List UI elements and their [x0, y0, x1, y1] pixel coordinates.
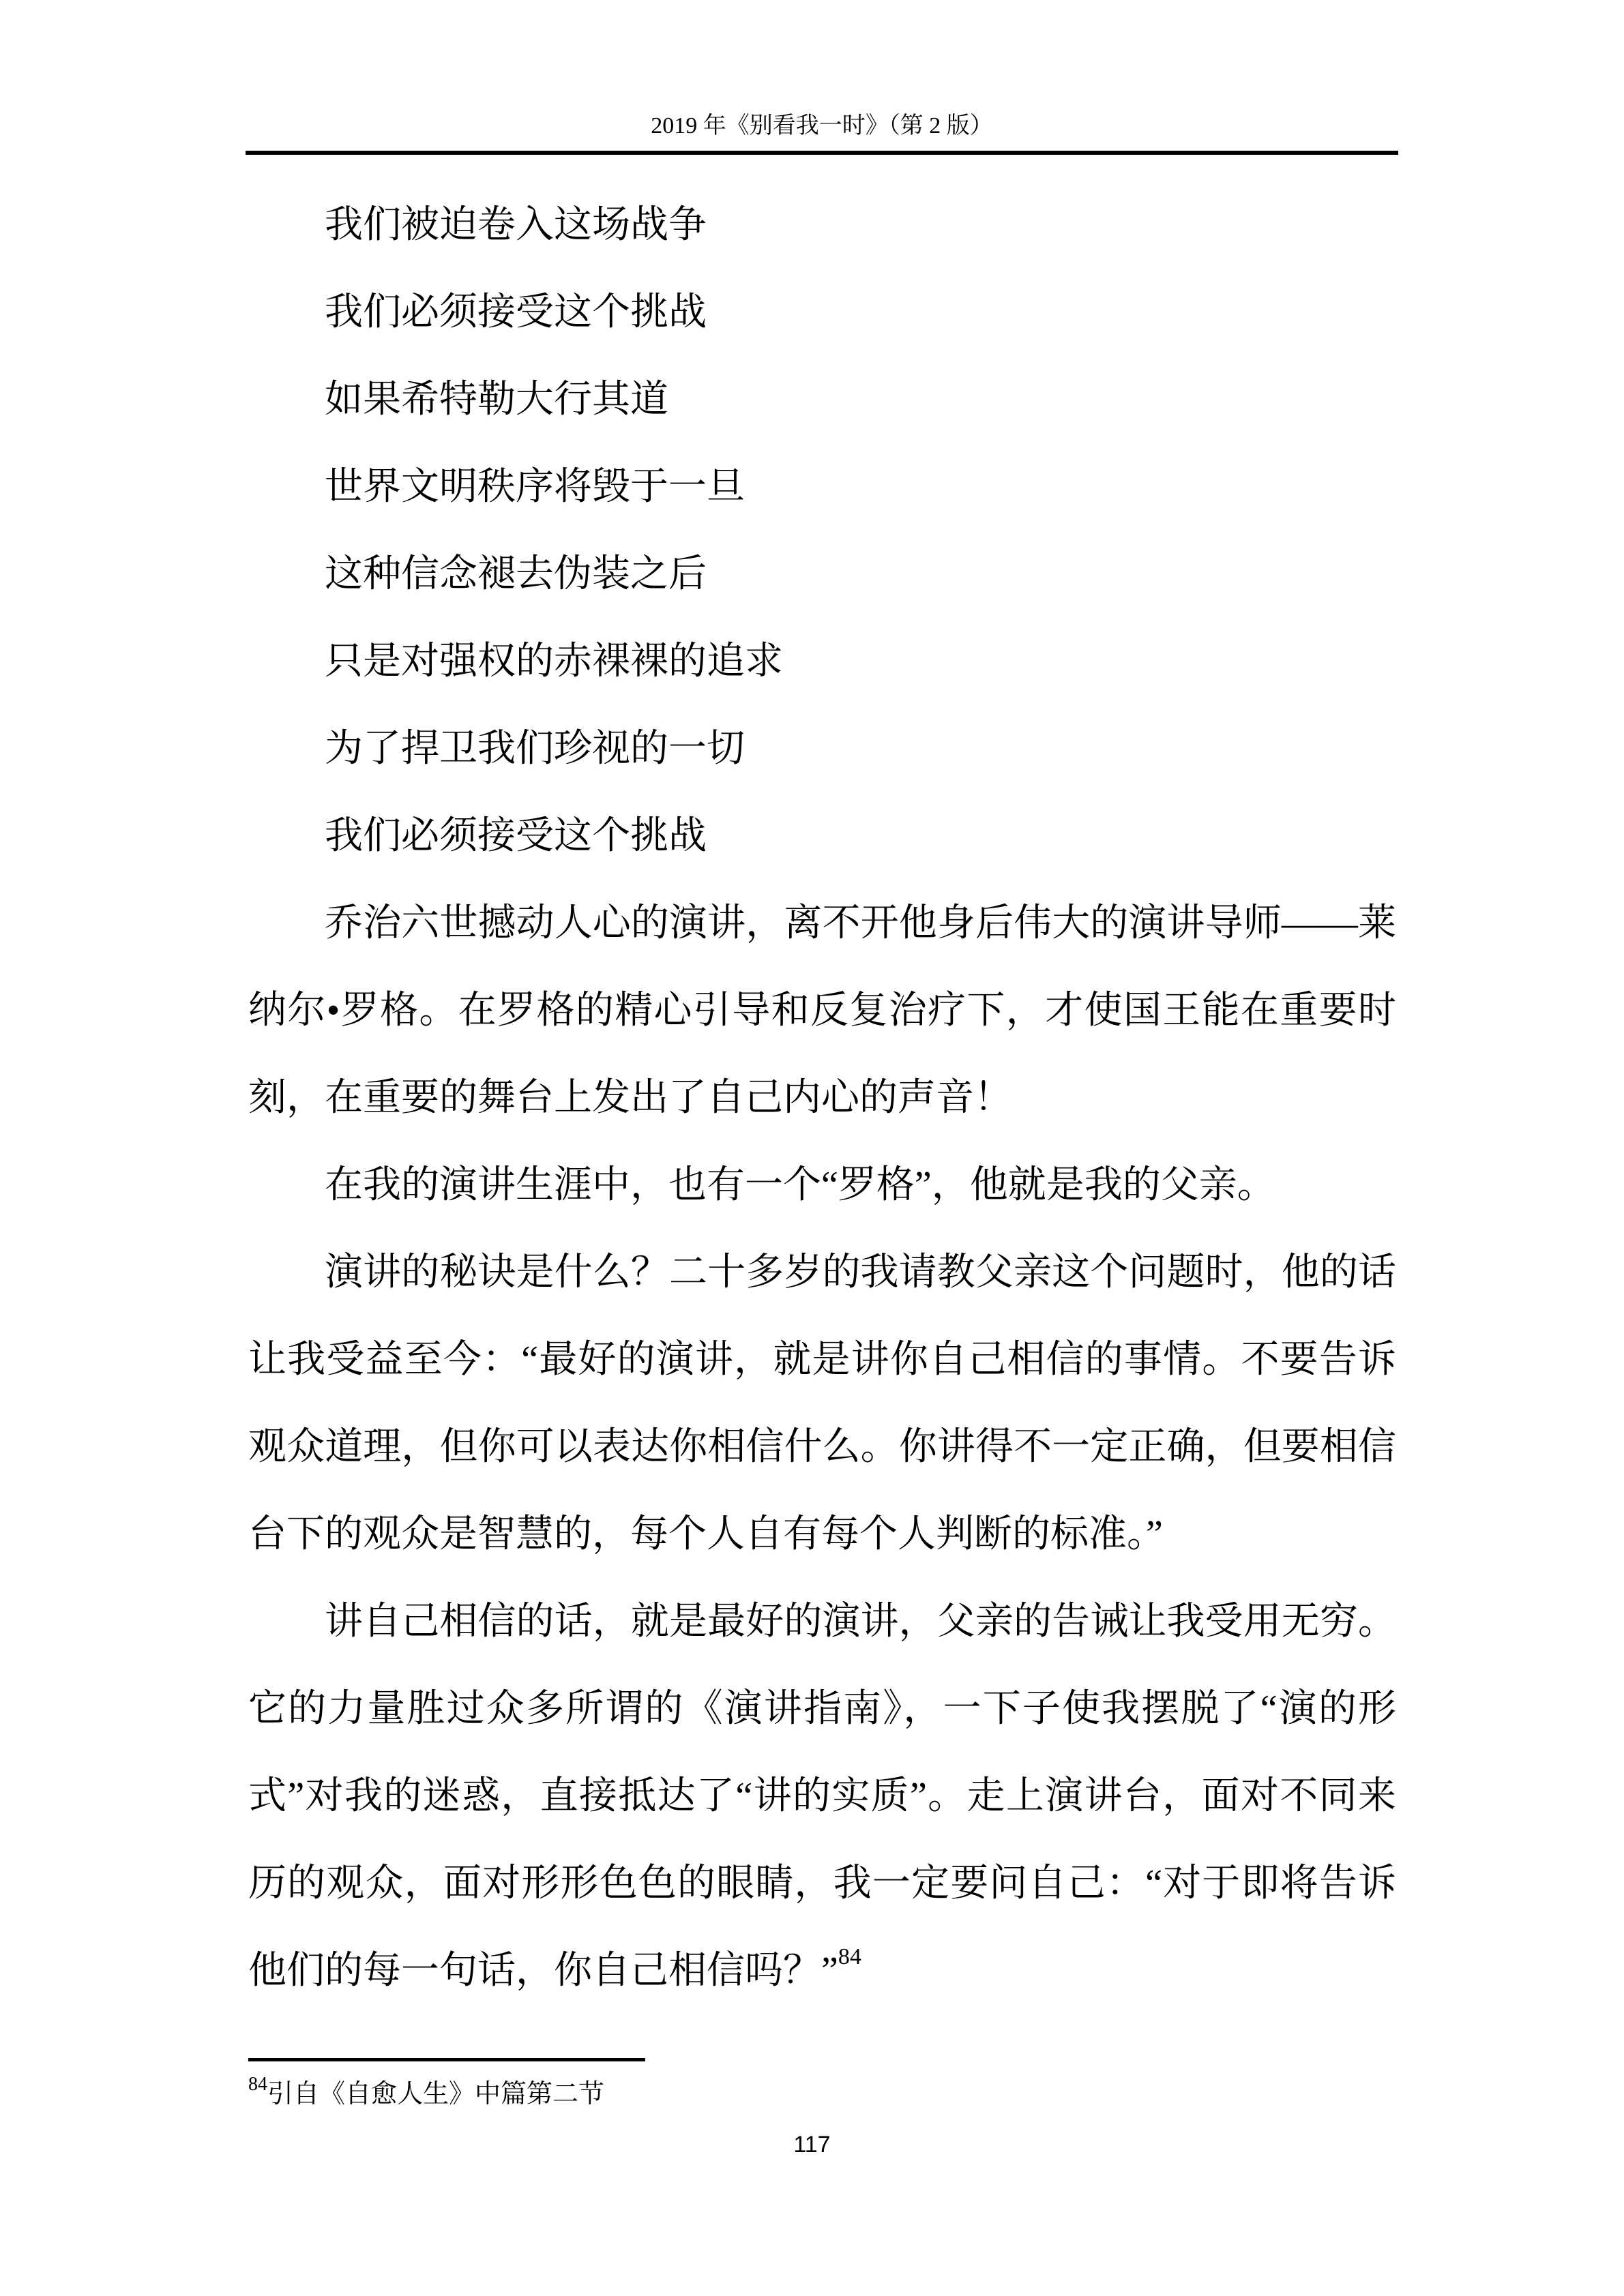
poem-line: 只是对强权的赤裸裸的追求 — [248, 618, 1396, 705]
poem-line: 我们必须接受这个挑战 — [248, 792, 1396, 880]
footnote-reference: 84 — [838, 1944, 861, 1969]
footnote: 84引自《自愈人生》中篇第二节 — [248, 2073, 1396, 2115]
body-paragraph: 乔治六世撼动人心的演讲，离不开他身后伟大的演讲导师——莱纳尔•罗格。在罗格的精心… — [248, 880, 1396, 1142]
header-divider — [246, 151, 1398, 155]
poem-line: 如果希特勒大行其道 — [248, 356, 1396, 443]
poem-line: 为了捍卫我们珍视的一切 — [248, 705, 1396, 792]
page-number: 117 — [0, 2129, 1624, 2160]
document-page: 2019 年《别看我一时》（第 2 版） 我们被迫卷入这场战争 我们必须接受这个… — [0, 0, 1624, 2296]
body-paragraph-text: 讲自己相信的话，就是最好的演讲，父亲的告诫让我受用无穷。它的力量胜过众多所谓的《… — [248, 1600, 1396, 1992]
poem-line: 这种信念褪去伪装之后 — [248, 531, 1396, 618]
running-header-title: 2019 年《别看我一时》（第 2 版） — [246, 110, 1398, 142]
poem-line: 我们必须接受这个挑战 — [248, 269, 1396, 356]
poem-line: 我们被迫卷入这场战争 — [248, 181, 1396, 269]
footnote-divider — [248, 2058, 645, 2061]
footnote-number: 84 — [248, 2074, 267, 2095]
page-body: 我们被迫卷入这场战争 我们必须接受这个挑战 如果希特勒大行其道 世界文明秩序将毁… — [248, 181, 1396, 2014]
body-paragraph: 在我的演讲生涯中，也有一个“罗格”，他就是我的父亲。 — [248, 1142, 1396, 1229]
footnote-text: 引自《自愈人生》中篇第二节 — [267, 2080, 604, 2108]
body-paragraph: 讲自己相信的话，就是最好的演讲，父亲的告诫让我受用无穷。它的力量胜过众多所谓的《… — [248, 1578, 1396, 2014]
poem-line: 世界文明秩序将毁于一旦 — [248, 443, 1396, 531]
body-paragraph: 演讲的秘诀是什么？二十多岁的我请教父亲这个问题时，他的话让我受益至今：“最好的演… — [248, 1229, 1396, 1578]
